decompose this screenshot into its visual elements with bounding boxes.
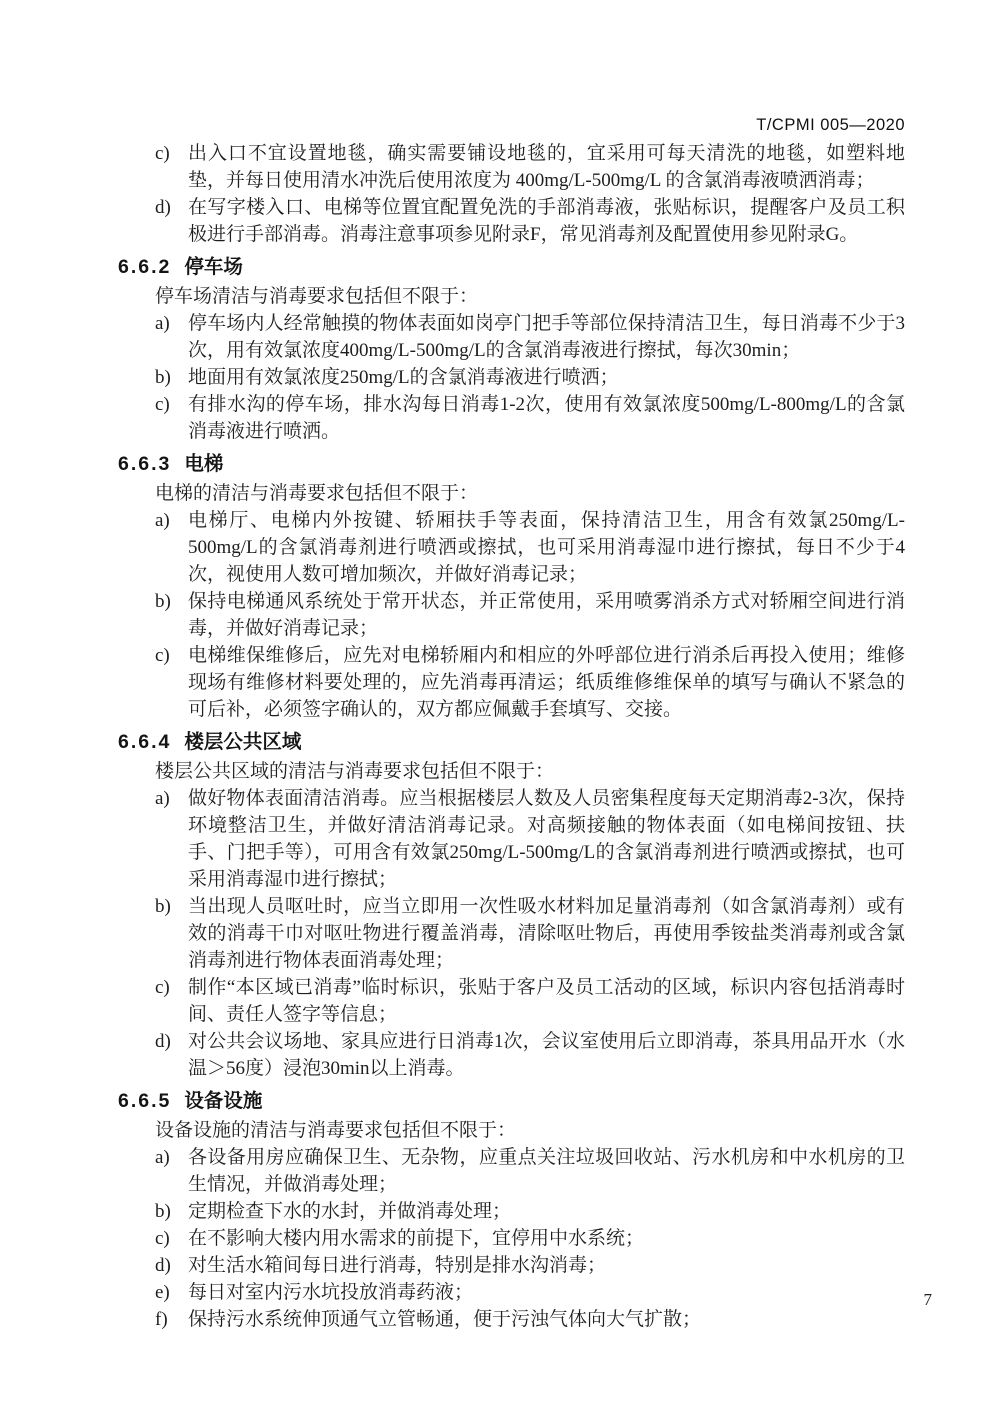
list-item: a) 停车场内人经常触摸的物体表面如岗亭门把手等部位保持清洁卫生，每日消毒不少于… bbox=[155, 310, 905, 364]
item-label: a) bbox=[155, 310, 170, 337]
item-text: 每日对室内污水坑投放消毒药液； bbox=[188, 1282, 473, 1303]
section-number: 6.6.2 bbox=[118, 256, 171, 278]
section-heading-662: 6.6.2停车场 bbox=[118, 254, 905, 281]
list-item: d) 对公共会议场地、家具应进行日消毒1次，会议室使用后立即消毒，茶具用品开水（… bbox=[155, 1028, 905, 1082]
item-text: 在写字楼入口、电梯等位置宜配置免洗的手部消毒液，张贴标识，提醒客户及员工积极进行… bbox=[188, 197, 905, 245]
section-title: 电梯 bbox=[184, 453, 223, 475]
section-heading-664: 6.6.4楼层公共区域 bbox=[118, 729, 905, 756]
section-intro: 设备设施的清洁与消毒要求包括但不限于： bbox=[155, 1117, 905, 1144]
item-label: c) bbox=[155, 391, 170, 418]
item-text: 停车场内人经常触摸的物体表面如岗亭门把手等部位保持清洁卫生，每日消毒不少于3次，… bbox=[188, 313, 905, 361]
item-label: a) bbox=[155, 785, 170, 812]
document-content: c) 出入口不宜设置地毯，确实需要铺设地毯的，宜采用可每天清洗的地毯，如塑料地垫… bbox=[118, 140, 905, 1333]
section-heading-663: 6.6.3电梯 bbox=[118, 451, 905, 478]
item-label: d) bbox=[155, 1028, 171, 1055]
section-title: 楼层公共区域 bbox=[184, 731, 301, 753]
list-section-665: a) 各设备用房应确保卫生、无杂物，应重点关注垃圾回收站、污水机房和中水机房的卫… bbox=[155, 1144, 905, 1333]
item-label: b) bbox=[155, 364, 171, 391]
page-number: 7 bbox=[924, 1290, 933, 1309]
doc-code: T/CPMI 005—2020 bbox=[756, 116, 905, 134]
list-section-664: a) 做好物体表面清洁消毒。应当根据楼层人数及人员密集程度每天定期消毒2-3次，… bbox=[155, 785, 905, 1082]
item-text: 地面用有效氯浓度250mg/L的含氯消毒液进行喷洒； bbox=[188, 367, 619, 388]
item-label: e) bbox=[155, 1279, 170, 1306]
list-item: a) 电梯厅、电梯内外按键、轿厢扶手等表面，保持清洁卫生，用含有效氯250mg/… bbox=[155, 507, 905, 588]
item-label: c) bbox=[155, 974, 170, 1001]
item-label: b) bbox=[155, 588, 171, 615]
list-item: c) 有排水沟的停车场，排水沟每日消毒1-2次，使用有效氯浓度500mg/L-8… bbox=[155, 391, 905, 445]
list-item: b) 当出现人员呕吐时，应当立即用一次性吸水材料加足量消毒剂（如含氯消毒剂）或有… bbox=[155, 893, 905, 974]
list-item: c) 电梯维保维修后，应先对电梯轿厢内和相应的外呼部位进行消杀后再投入使用；维修… bbox=[155, 642, 905, 723]
item-label: f) bbox=[155, 1306, 168, 1333]
list-item: f) 保持污水系统伸顶通气立管畅通，便于污浊气体向大气扩散； bbox=[155, 1306, 905, 1333]
item-label: c) bbox=[155, 140, 170, 167]
item-label: a) bbox=[155, 507, 170, 534]
page-header: T/CPMI 005—2020 bbox=[118, 112, 905, 139]
section-title: 设备设施 bbox=[184, 1090, 262, 1112]
item-text: 对公共会议场地、家具应进行日消毒1次，会议室使用后立即消毒，茶具用品开水（水温＞… bbox=[188, 1031, 905, 1079]
item-text: 对生活水箱间每日进行消毒，特别是排水沟消毒； bbox=[188, 1255, 606, 1276]
item-label: d) bbox=[155, 1252, 171, 1279]
item-text: 当出现人员呕吐时，应当立即用一次性吸水材料加足量消毒剂（如含氯消毒剂）或有效的消… bbox=[188, 896, 905, 971]
section-intro: 楼层公共区域的清洁与消毒要求包括但不限于： bbox=[155, 758, 905, 785]
section-intro: 停车场清洁与消毒要求包括但不限于： bbox=[155, 283, 905, 310]
list-section-663: a) 电梯厅、电梯内外按键、轿厢扶手等表面，保持清洁卫生，用含有效氯250mg/… bbox=[155, 507, 905, 723]
page-footer: 7 bbox=[924, 1286, 933, 1313]
item-label: a) bbox=[155, 1144, 170, 1171]
list-section-661: c) 出入口不宜设置地毯，确实需要铺设地毯的，宜采用可每天清洗的地毯，如塑料地垫… bbox=[155, 140, 905, 248]
item-label: c) bbox=[155, 1225, 170, 1252]
section-title: 停车场 bbox=[184, 256, 243, 278]
item-text: 定期检查下水的水封，并做消毒处理； bbox=[188, 1201, 511, 1222]
item-text: 出入口不宜设置地毯，确实需要铺设地毯的，宜采用可每天清洗的地毯，如塑料地垫，并每… bbox=[188, 143, 905, 191]
item-text: 保持电梯通风系统处于常开状态，并正常使用，采用喷雾消杀方式对轿厢空间进行消毒，并… bbox=[188, 591, 905, 639]
list-section-662: a) 停车场内人经常触摸的物体表面如岗亭门把手等部位保持清洁卫生，每日消毒不少于… bbox=[155, 310, 905, 445]
list-item: a) 做好物体表面清洁消毒。应当根据楼层人数及人员密集程度每天定期消毒2-3次，… bbox=[155, 785, 905, 893]
section-number: 6.6.4 bbox=[118, 731, 171, 753]
list-item: b) 定期检查下水的水封，并做消毒处理； bbox=[155, 1198, 905, 1225]
list-item: e) 每日对室内污水坑投放消毒药液； bbox=[155, 1279, 905, 1306]
list-item: b) 地面用有效氯浓度250mg/L的含氯消毒液进行喷洒； bbox=[155, 364, 905, 391]
section-intro: 电梯的清洁与消毒要求包括但不限于： bbox=[155, 480, 905, 507]
item-text: 制作“本区域已消毒”临时标识，张贴于客户及员工活动的区域，标识内容包括消毒时间、… bbox=[188, 977, 905, 1025]
item-text: 电梯厅、电梯内外按键、轿厢扶手等表面，保持清洁卫生，用含有效氯250mg/L-5… bbox=[188, 510, 905, 585]
item-text: 在不影响大楼内用水需求的前提下，宜停用中水系统； bbox=[188, 1228, 644, 1249]
item-label: c) bbox=[155, 642, 170, 669]
list-item: d) 对生活水箱间每日进行消毒，特别是排水沟消毒； bbox=[155, 1252, 905, 1279]
item-text: 电梯维保维修后，应先对电梯轿厢内和相应的外呼部位进行消杀后再投入使用；维修现场有… bbox=[188, 645, 905, 720]
section-number: 6.6.3 bbox=[118, 453, 171, 475]
list-item: c) 在不影响大楼内用水需求的前提下，宜停用中水系统； bbox=[155, 1225, 905, 1252]
list-item: c) 制作“本区域已消毒”临时标识，张贴于客户及员工活动的区域，标识内容包括消毒… bbox=[155, 974, 905, 1028]
list-item: a) 各设备用房应确保卫生、无杂物，应重点关注垃圾回收站、污水机房和中水机房的卫… bbox=[155, 1144, 905, 1198]
item-text: 做好物体表面清洁消毒。应当根据楼层人数及人员密集程度每天定期消毒2-3次，保持环… bbox=[188, 788, 905, 890]
section-heading-665: 6.6.5设备设施 bbox=[118, 1088, 905, 1115]
item-text: 各设备用房应确保卫生、无杂物，应重点关注垃圾回收站、污水机房和中水机房的卫生情况… bbox=[188, 1147, 905, 1195]
item-text: 有排水沟的停车场，排水沟每日消毒1-2次，使用有效氯浓度500mg/L-800m… bbox=[188, 394, 905, 442]
document-page: T/CPMI 005—2020 c) 出入口不宜设置地毯，确实需要铺设地毯的，宜… bbox=[0, 0, 1000, 1414]
item-label: b) bbox=[155, 1198, 171, 1225]
item-label: b) bbox=[155, 893, 171, 920]
item-text: 保持污水系统伸顶通气立管畅通，便于污浊气体向大气扩散； bbox=[188, 1309, 701, 1330]
item-label: d) bbox=[155, 194, 171, 221]
list-item: b) 保持电梯通风系统处于常开状态，并正常使用，采用喷雾消杀方式对轿厢空间进行消… bbox=[155, 588, 905, 642]
section-number: 6.6.5 bbox=[118, 1090, 171, 1112]
list-item: c) 出入口不宜设置地毯，确实需要铺设地毯的，宜采用可每天清洗的地毯，如塑料地垫… bbox=[155, 140, 905, 194]
list-item: d) 在写字楼入口、电梯等位置宜配置免洗的手部消毒液，张贴标识，提醒客户及员工积… bbox=[155, 194, 905, 248]
